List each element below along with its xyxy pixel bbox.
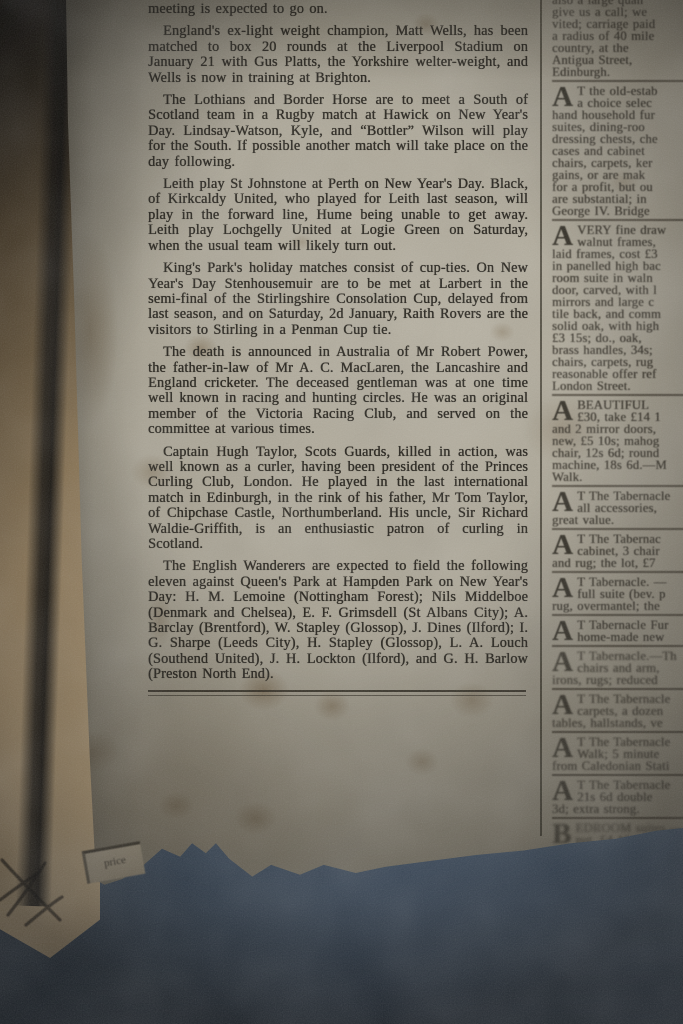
paragraph-continuation: meeting is expected to go on.: [148, 2, 528, 17]
photo-frame: meeting is expected to go on. England's …: [0, 0, 683, 1024]
classified-ad: A T The Tabernac cabinet, 3 chair and ru…: [552, 533, 683, 569]
ad-line: tables, hallstands, ve: [552, 717, 683, 729]
article-paragraph: Captain Hugh Taylor, Scots Guards, kille…: [148, 445, 528, 553]
classified-ad: A T Tabernacle. — full suite (bev. p rug…: [552, 576, 683, 612]
drop-cap: A: [552, 400, 573, 423]
drop-cap: A: [552, 620, 573, 643]
classified-ad: A T The Tabernacle all accessories, grea…: [552, 490, 683, 526]
ad-line: irons, rugs; reduced: [552, 674, 683, 686]
article-paragraph: King's Park's holiday matches consist of…: [148, 261, 528, 338]
ad-line: London Street.: [552, 380, 683, 392]
drop-cap: A: [552, 534, 573, 557]
ad-line: and rug; the lot, £7: [552, 557, 683, 569]
ad-line: from Caledonian Stati: [552, 760, 683, 772]
classified-ad: also a large quan give us a call; we vit…: [552, 0, 683, 78]
drop-cap: A: [552, 577, 573, 600]
classified-ad: A VERY fine draw walnut frames, laid fra…: [552, 224, 683, 392]
ad-line: rug, overmantel; the: [552, 600, 683, 612]
article-paragraph: The Lothians and Border Horse are to mee…: [148, 93, 528, 170]
column-divider-rule: [540, 0, 542, 836]
drop-cap: A: [552, 225, 573, 248]
ad-line: Walk.: [552, 471, 683, 483]
classified-ads-column: also a large quan give us a call; we vit…: [552, 0, 683, 903]
main-article-column: meeting is expected to go on. England's …: [148, 2, 528, 696]
newspaper-page: meeting is expected to go on. England's …: [56, 0, 683, 900]
drop-cap: A: [552, 651, 573, 674]
classified-ad: A T the old-estab a choice selec hand ho…: [552, 85, 683, 217]
article-paragraph: England's ex-light weight champion, Matt…: [148, 24, 528, 86]
ad-line: George IV. Bridge: [552, 205, 683, 217]
drop-cap: A: [552, 737, 573, 760]
drop-cap: A: [552, 694, 573, 717]
fragment-text: price: [103, 854, 127, 870]
classified-ad: A BEAUTIFUL £30, take £14 1 and 2 mirror…: [552, 399, 683, 483]
classified-ad: A T The Tabernacle carpets, a dozen tabl…: [552, 693, 683, 729]
classified-ad: A T Tabernacle.—Th chairs and arm, irons…: [552, 650, 683, 686]
drop-cap: A: [552, 780, 573, 803]
article-paragraph: Leith play St Johnstone at Perth on New …: [148, 177, 528, 254]
ad-divider-rule: [552, 817, 683, 819]
ad-line: great value.: [552, 514, 683, 526]
drop-cap: A: [552, 491, 573, 514]
article-paragraph: The English Wanderers are expected to fi…: [148, 559, 528, 682]
classified-ad: A T The Tabernacle 21s 6d double 3d; ext…: [552, 779, 683, 815]
ad-line: 3d; extra strong.: [552, 803, 683, 815]
classified-ad: A T The Tabernacle Walk; 5 minute from C…: [552, 736, 683, 772]
classified-ad: A T Tabernacle Fur home-made new: [552, 619, 683, 643]
ad-line: Edinburgh.: [552, 66, 683, 78]
column-end-rule: [148, 690, 526, 696]
drop-cap: A: [552, 86, 573, 109]
drop-cap: B: [552, 823, 572, 846]
article-paragraph: The death is announced in Australia of M…: [148, 345, 528, 437]
